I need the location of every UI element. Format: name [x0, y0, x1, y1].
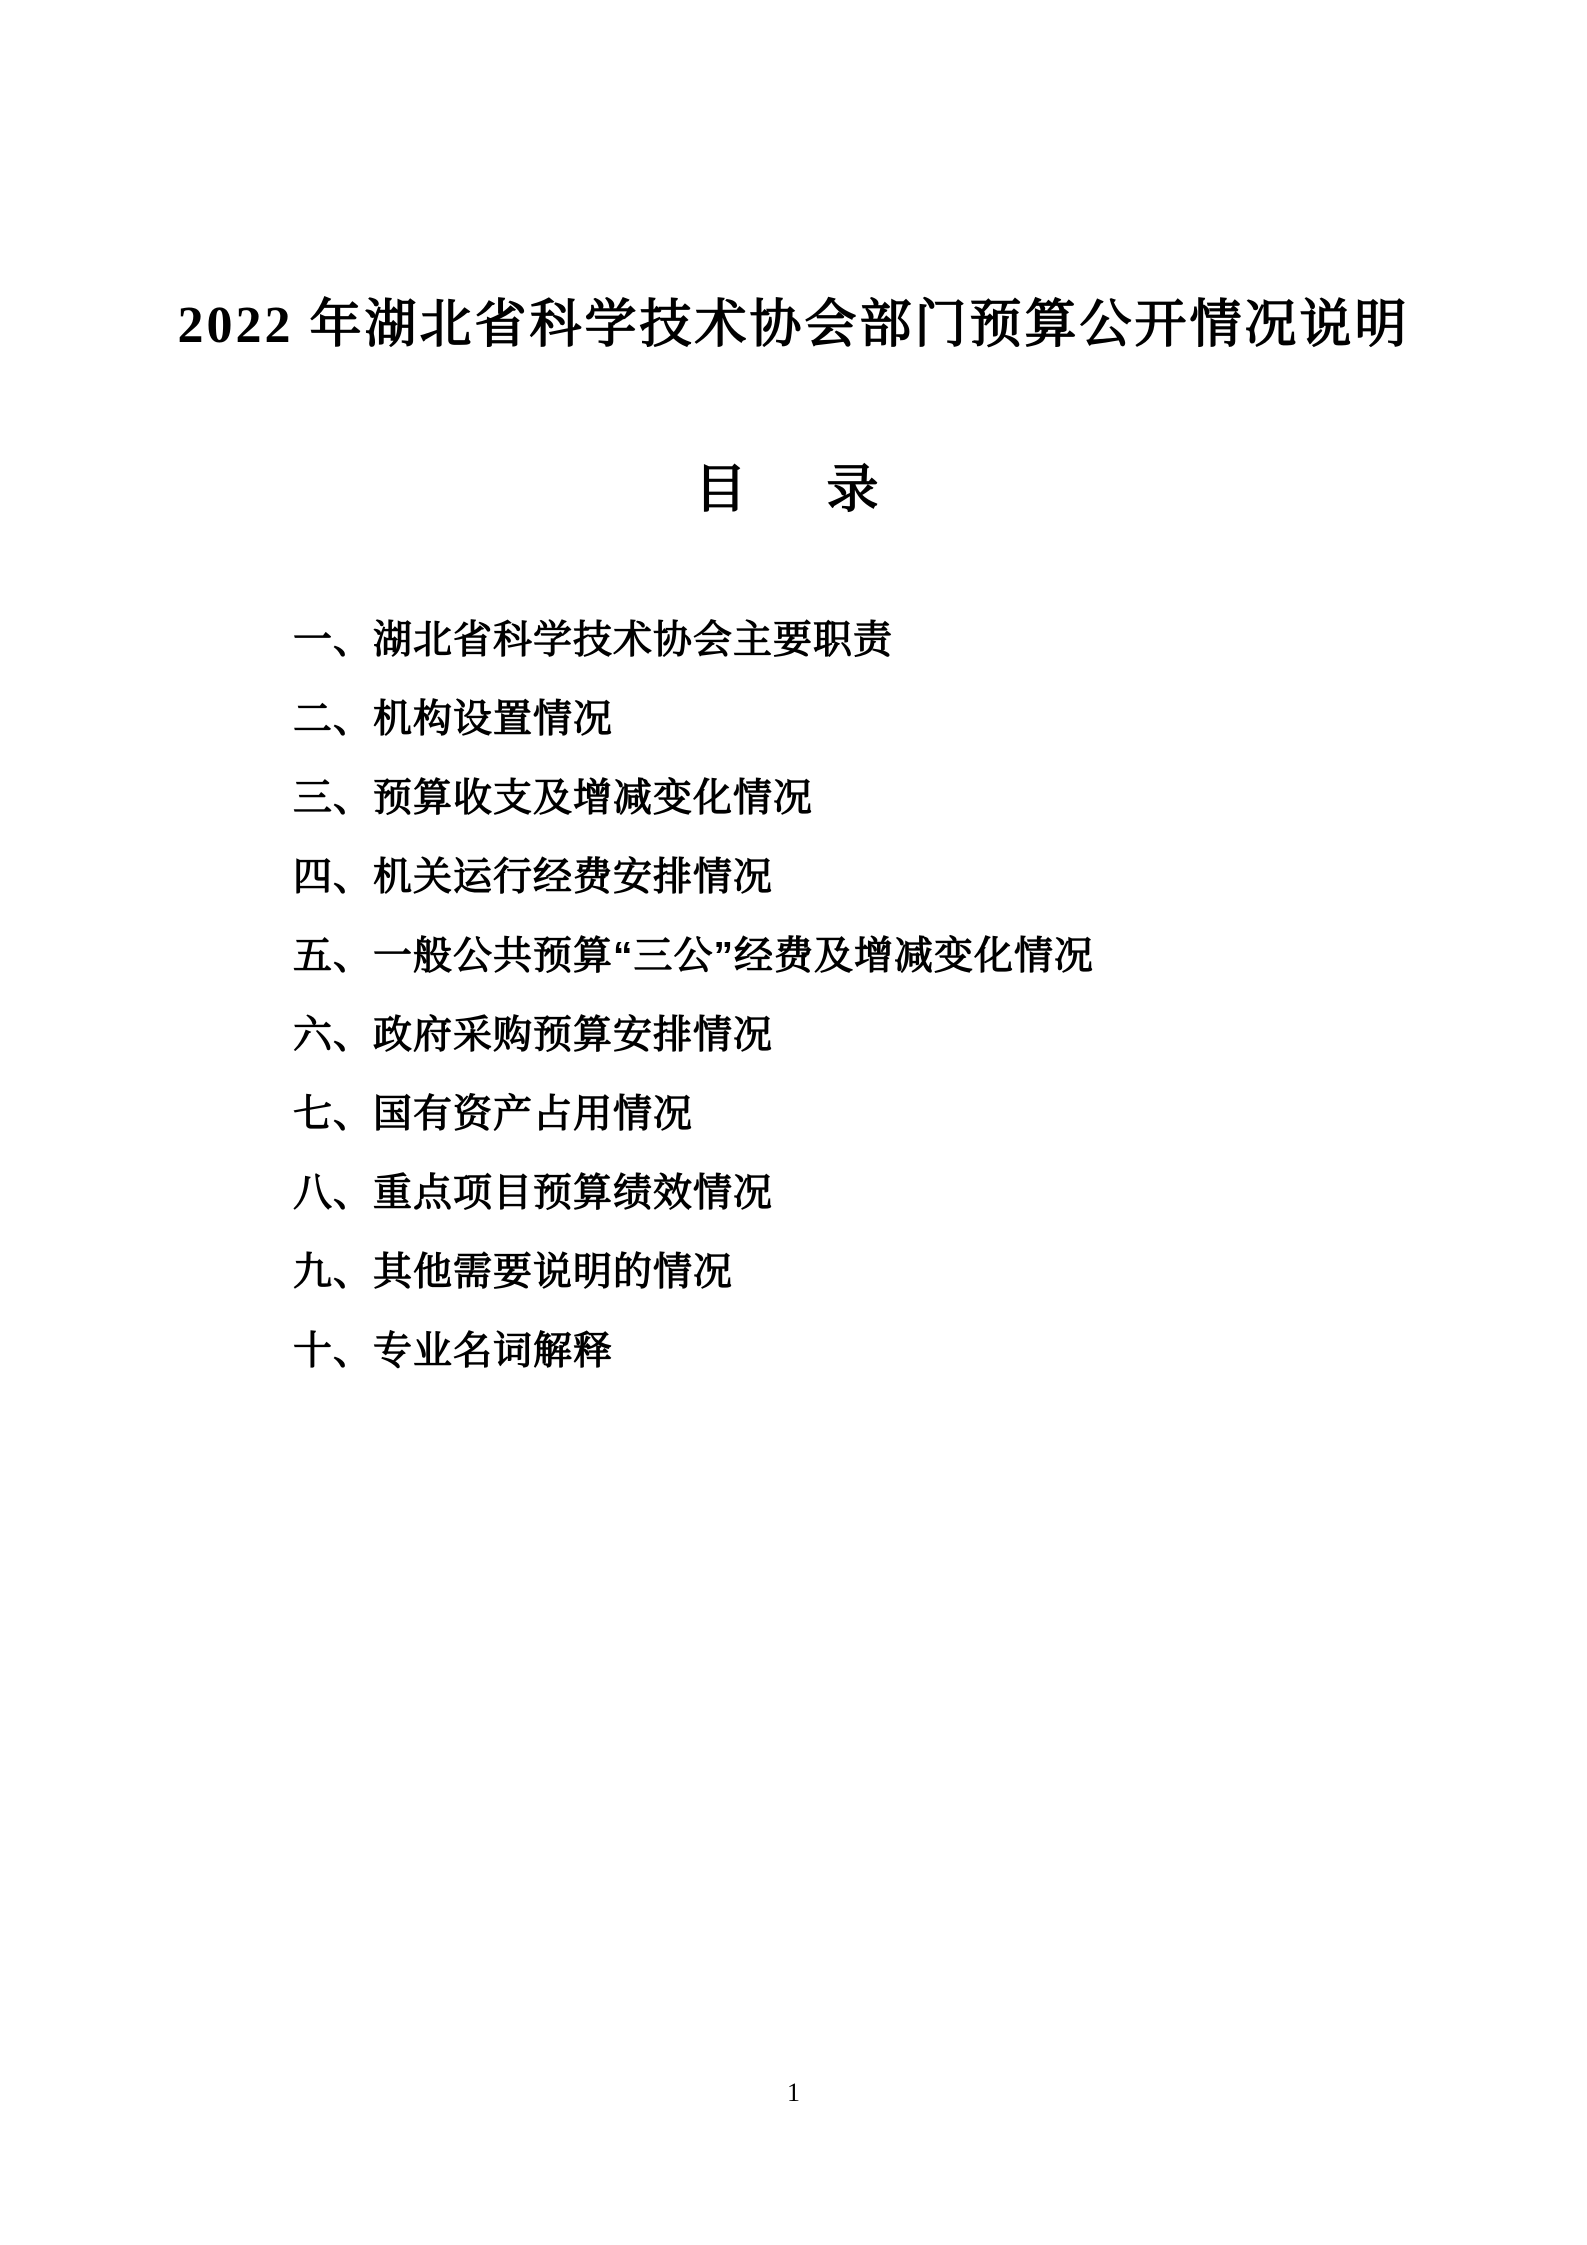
- toc-item-5: 五、一般公共预算“三公”经费及增减变化情况: [293, 917, 1467, 996]
- toc-item-1: 一、湖北省科学技术协会主要职责: [293, 601, 1467, 680]
- toc-item-4: 四、机关运行经费安排情况: [293, 838, 1467, 917]
- toc-item-10: 十、专业名词解释: [293, 1312, 1467, 1391]
- page-number: 1: [0, 2078, 1587, 2108]
- toc-item-8: 八、重点项目预算绩效情况: [293, 1154, 1467, 1233]
- document-title: 2022 年湖北省科学技术协会部门预算公开情况说明: [0, 282, 1587, 357]
- toc-item-2: 二、机构设置情况: [293, 680, 1467, 759]
- toc-heading: 目 录: [0, 447, 1587, 522]
- document-page: 2022 年湖北省科学技术协会部门预算公开情况说明 目 录 一、湖北省科学技术协…: [0, 0, 1587, 2245]
- toc-item-9: 九、其他需要说明的情况: [293, 1233, 1467, 1312]
- toc-item-7: 七、国有资产占用情况: [293, 1075, 1467, 1154]
- toc-item-6: 六、政府采购预算安排情况: [293, 996, 1467, 1075]
- toc-list: 一、湖北省科学技术协会主要职责 二、机构设置情况 三、预算收支及增减变化情况 四…: [293, 601, 1467, 1391]
- toc-item-3: 三、预算收支及增减变化情况: [293, 759, 1467, 838]
